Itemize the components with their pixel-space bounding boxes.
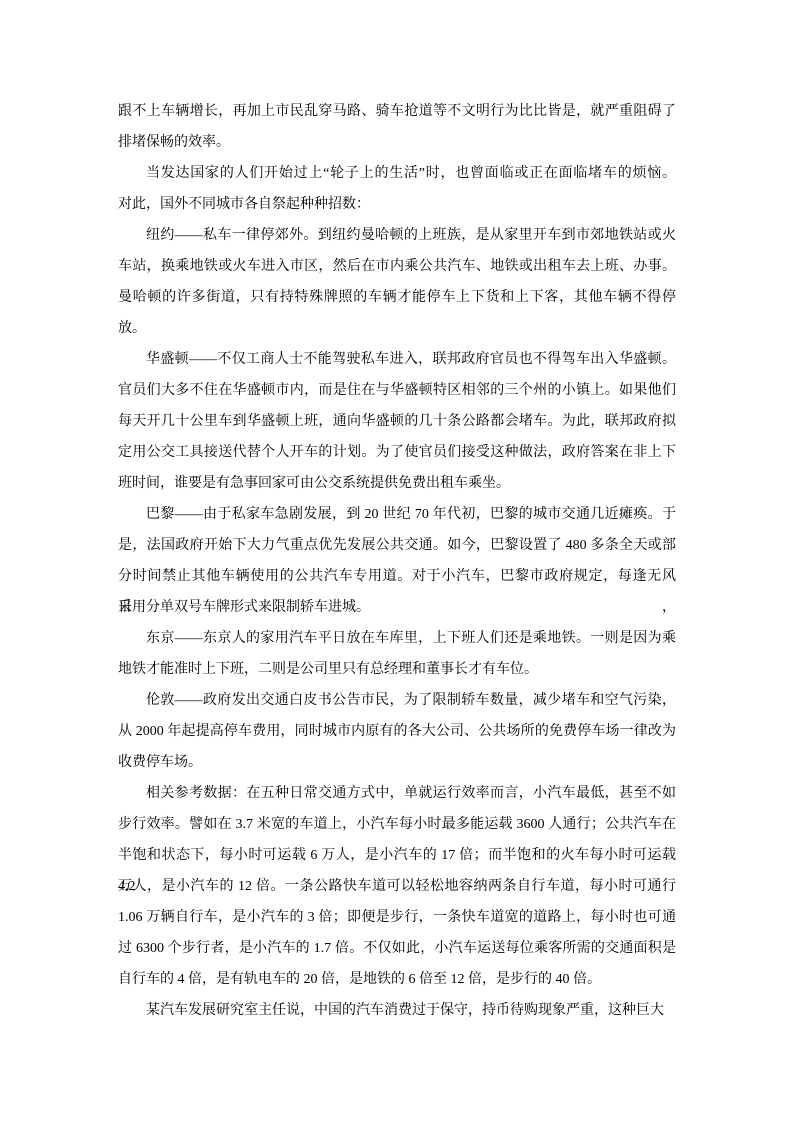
text-line: 跟不上车辆增长，再加上市民乱穿马路、骑车抢道等不文明行为比比皆是，就严重阻碍了: [118, 96, 676, 127]
text-line: 伦敦——政府发出交通白皮书公告市民，为了限制轿车数量，减少堵车和空气污染，: [118, 685, 676, 716]
text-line: 1.06 万辆自行车，是小汽车的 3 倍；即便是步行，一条快车道宽的道路上，每小…: [118, 902, 676, 933]
document-page: 跟不上车辆增长，再加上市民乱穿马路、骑车抢道等不文明行为比比皆是，就严重阻碍了排…: [0, 0, 794, 1123]
text-line: 万人，是小汽车的 12 倍。一条公路快车道可以轻松地容纳两条自行车道，每小时可通…: [118, 871, 676, 902]
text-line: 班时间，谁要是有急事回家可由公交系统提供免费出租车乘坐。: [118, 468, 676, 499]
text-line: 曼哈顿的许多街道，只有持特殊牌照的车辆才能停车上下货和上下客，其他车辆不得停放。: [118, 282, 676, 313]
text-line: 排堵保畅的效率。: [118, 127, 676, 158]
text-line: 地铁才能准时上下班，二则是公司里只有总经理和董事长才有车位。: [118, 654, 676, 685]
text-line: 收费停车场。: [118, 747, 676, 778]
text-line: 纽约——私车一律停郊外。到纽约曼哈顿的上班族，是从家里开车到市郊地铁站或火: [118, 220, 676, 251]
text-line: 对此，国外不同城市各自祭起种种招数：: [118, 189, 676, 220]
text-line: 分时间禁止其他车辆使用的公共汽车专用道。对于小汽车，巴黎市政府规定，每逢无风日，: [118, 561, 676, 592]
text-line: 自行车的 4 倍，是有轨电车的 20 倍，是地铁的 6 倍至 12 倍，是步行的…: [118, 964, 676, 995]
text-line: 某汽车发展研究室主任说，中国的汽车消费过于保守，持币待购现象严重，这种巨大: [118, 995, 676, 1026]
text-line: 巴黎——由于私家车急剧发展，到 20 世纪 70 年代初，巴黎的城市交通几近瘫痪…: [118, 499, 676, 530]
text-line: 当发达国家的人们开始过上“轮子上的生活”时，也曾面临或正在面临堵车的烦恼。: [118, 158, 676, 189]
document-body: 跟不上车辆增长，再加上市民乱穿马路、骑车抢道等不文明行为比比皆是，就严重阻碍了排…: [118, 96, 676, 1026]
text-line: 是，法国政府开始下大力气重点优先发展公共交通。如今，巴黎设置了 480 多条全天…: [118, 530, 676, 561]
blank-line: [118, 313, 676, 344]
text-line: 车站，换乘地铁或火车进入市区，然后在市内乘公共汽车、地铁或出租车去上班、办事。: [118, 251, 676, 282]
text-line: 半饱和状态下，每小时可运载 6 万人，是小汽车的 17 倍；而半饱和的火车每小时…: [118, 840, 676, 871]
text-line: 官员们大多不住在华盛顿市内，而是住在与华盛顿特区相邻的三个州的小镇上。如果他们: [118, 375, 676, 406]
text-line: 相关参考数据：在五种日常交通方式中，单就运行效率而言，小汽车最低，甚至不如: [118, 778, 676, 809]
text-line: 过 6300 个步行者，是小汽车的 1.7 倍。不仅如此，小汽车运送每位乘客所需…: [118, 933, 676, 964]
text-line: 从 2000 年起提高停车费用，同时城市内原有的各大公司、公共场所的免费停车场一…: [118, 716, 676, 747]
text-line: 步行效率。譬如在 3.7 米宽的车道上，小汽车每小时最多能运载 3600 人通行…: [118, 809, 676, 840]
text-line: 每天开几十公里车到华盛顿上班，通向华盛顿的几十条公路都会堵车。为此，联邦政府拟: [118, 406, 676, 437]
text-line: 东京——东京人的家用汽车平日放在车库里，上下班人们还是乘地铁。一则是因为乘: [118, 623, 676, 654]
text-line: 华盛顿——不仅工商人士不能驾驶私车进入，联邦政府官员也不得驾车出入华盛顿。: [118, 344, 676, 375]
text-line: 定用公交工具接送代替个人开车的计划。为了使官员们接受这种做法，政府答案在非上下: [118, 437, 676, 468]
